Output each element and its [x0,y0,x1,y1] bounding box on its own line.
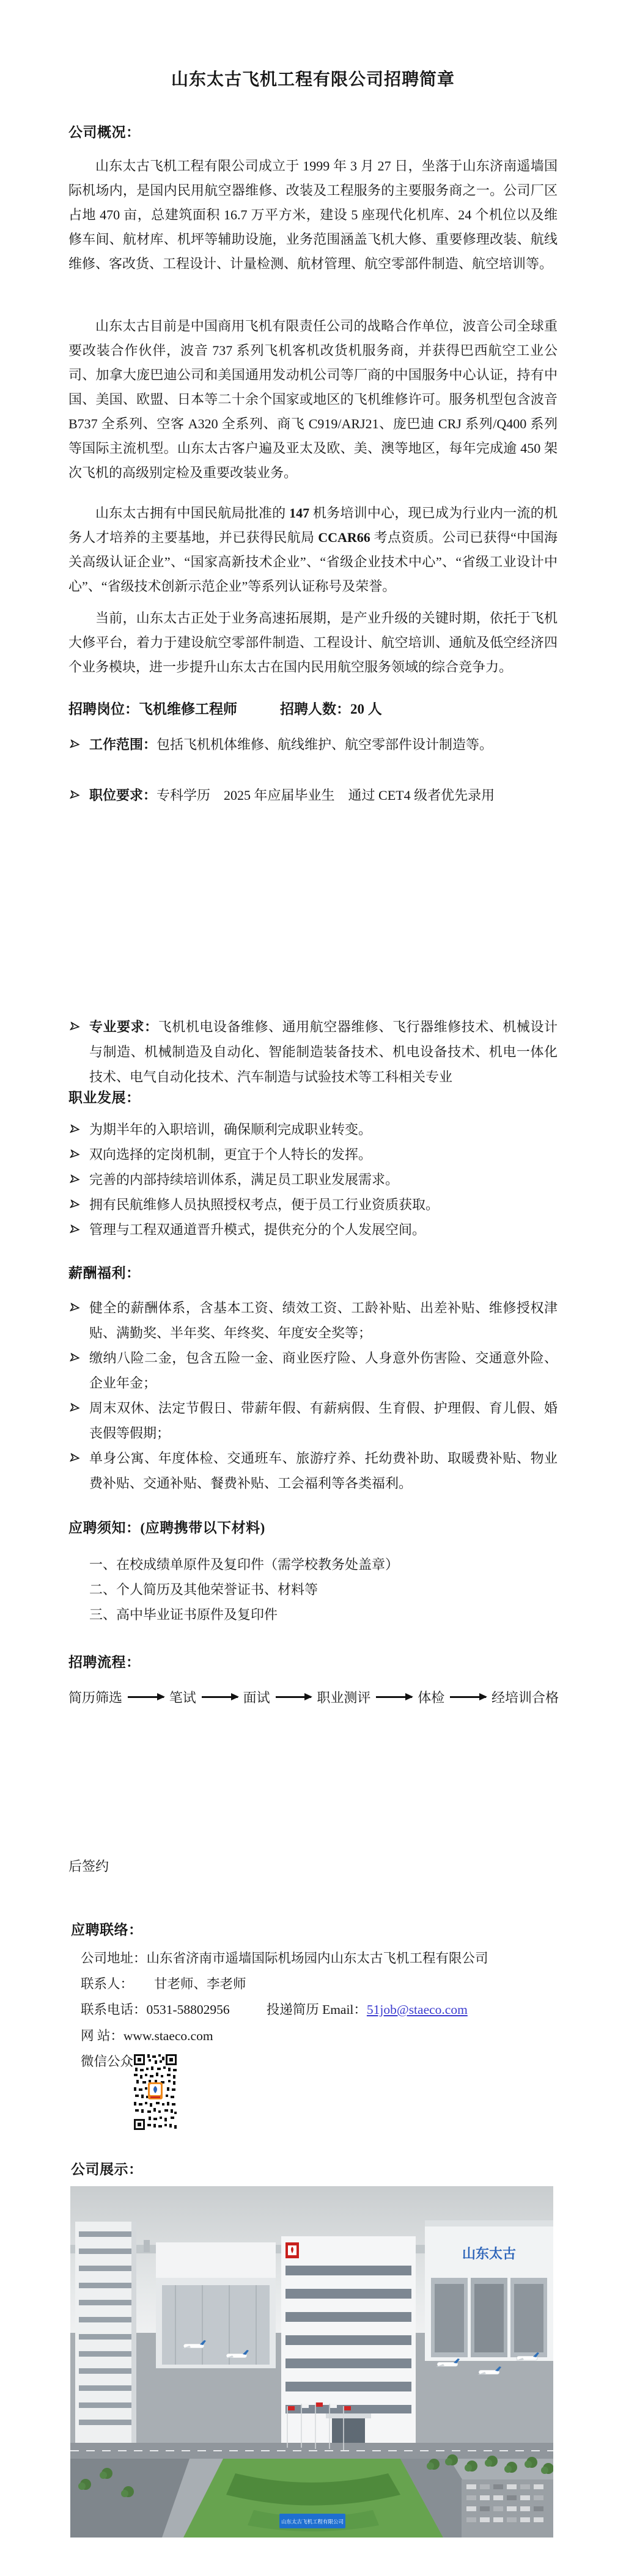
career-item-text: 管理与工程双通道晋升模式，提供充分的个人发展空间。 [89,1222,425,1237]
career-item-text: 完善的内部持续培训体系，满足员工职业发展需求。 [89,1172,399,1187]
recruitment-flow: 简历筛选 笔试 面试 职业测评 体检 经培训合格 [68,1688,559,1707]
flow-arrow-icon [128,1696,164,1698]
job-headcount: 招聘人数：20 人 [280,698,382,718]
section-heading-notice: 应聘须知：(应聘携带以下材料) [68,1517,265,1537]
career-item: 拥有民航维修人员执照授权考点，便于员工行业资质获取。 [68,1192,558,1217]
career-list: 为期半年的入职培训，确保顺利完成职业转变。 双向选择的定岗机制，更宜于个人特长的… [68,1117,558,1242]
career-item-text: 为期半年的入职培训，确保顺利完成职业转变。 [89,1122,372,1137]
section-heading-contact: 应聘联络： [71,1919,143,1939]
job-position-line: 招聘岗位：飞机维修工程师 招聘人数：20 人 [68,698,382,718]
contact-website-label: 网 站： [81,2029,123,2043]
photo-left-hangar [156,2242,276,2368]
arrow-bullet-icon [70,1402,81,1413]
flow-suffix: 后签约 [68,1856,109,1875]
page-title: 山东太古飞机工程有限公司招聘简章 [0,66,626,90]
wechat-qr-code [133,2053,178,2131]
benefits-item: 健全的薪酬体系，含基本工资、绩效工资、工龄补贴、出差补贴、维修授权津贴、满勤奖、… [68,1295,558,1345]
overview-paragraph-1: 山东太古飞机工程有限公司成立于 1999 年 3 月 27 日，坐落于山东济南遥… [68,154,558,276]
section-heading-career: 职业发展： [68,1086,141,1107]
flow-arrow-icon [450,1696,486,1698]
flow-arrow-icon [202,1696,238,1698]
contact-address-row: 公司地址：山东省济南市遥墙国际机场园内山东太古飞机工程有限公司 [81,1948,488,1967]
arrow-bullet-icon [70,1452,81,1463]
bullet-label: 工作范围： [89,737,156,752]
contact-phone-label: 联系电话： [81,2002,147,2017]
arrow-bullet-icon [70,789,81,800]
bullet-text: 专科学历 2025 年应届毕业生 通过 CET4 级者优先录用 [156,788,495,803]
arrow-bullet-icon [70,1224,81,1235]
career-item: 双向选择的定岗机制，更宜于个人特长的发挥。 [68,1142,558,1167]
job-headcount-value: 20 人 [350,701,382,717]
hangar-sign-text: 山东太古 [462,2246,516,2261]
overview-paragraph-4: 当前，山东太古正处于业务高速拓展期，是产业升级的关键时期，依托于飞机大修平台，着… [68,606,558,679]
job-position-value: 飞机维修工程师 [139,701,237,717]
overview-paragraph-2: 山东太古目前是中国商用飞机有限责任公司的战略合作单位，波音公司全球重要改装合作伙… [68,314,558,485]
career-item: 管理与工程双通道晋升模式，提供充分的个人发展空间。 [68,1217,558,1242]
flow-step: 职业测评 [317,1688,370,1707]
arrow-bullet-icon [70,1199,81,1210]
job-bullet-scope: 工作范围：包括飞机机体维修、航线维护、航空零部件设计制造等。 [68,732,558,757]
arrow-bullet-icon [70,1352,81,1363]
notice-list: 一、在校成绩单原件及复印件（需学校教务处盖章） 二、个人简历及其他荣誉证书、材料… [68,1552,554,1627]
company-campus-photo: 山东太古 [70,2186,553,2538]
benefits-item-text: 周末双休、法定节假日、带薪年假、有薪病假、生育假、护理假、育儿假、婚丧假等假期； [89,1400,558,1441]
notice-item: 三、高中毕业证书原件及复印件 [68,1602,554,1627]
highlight-147: 147 [289,505,309,521]
career-item-text: 拥有民航维修人员执照授权考点，便于员工行业资质获取。 [89,1197,439,1212]
bullet-text: 包括飞机机体维修、航线维护、航空零部件设计制造等。 [156,737,493,752]
contact-email-label: 投递简历 Email： [267,2002,367,2017]
flow-step: 经培训合格 [492,1688,559,1707]
photo-right-hangar: 山东太古 [425,2220,553,2361]
benefits-item: 周末双休、法定节假日、带薪年假、有薪病假、生育假、护理假、育儿假、婚丧假等假期； [68,1396,558,1446]
overview-paragraph-3: 山东太古拥有中国民航局批准的 147 机务培训中心，现已成为行业内一流的机务人才… [68,501,558,599]
benefits-item-text: 健全的薪酬体系，含基本工资、绩效工资、工龄补贴、出差补贴、维修授权津贴、满勤奖、… [89,1300,558,1341]
benefits-item: 缴纳八险二金，包含五险一金、商业医疗险、人身意外伤害险、交通意外险、企业年金； [68,1345,558,1396]
arrow-bullet-icon [70,739,81,750]
photo-entrance-sign: 山东太古飞机工程有限公司 [279,2514,345,2528]
contact-person-row: 联系人：甘老师、李老师 [81,1974,246,1992]
paragraph-3-text: 山东太古拥有中国民航局批准的 [95,505,289,521]
arrow-bullet-icon [70,1149,81,1160]
photo-left-tower [75,2222,136,2449]
section-heading-benefits: 薪酬福利： [68,1262,141,1282]
arrow-bullet-icon [70,1302,81,1313]
contact-address-label: 公司地址： [81,1951,147,1966]
arrow-bullet-icon [70,1174,81,1185]
section-heading-overview: 公司概况： [68,121,141,141]
bullet-label: 专业要求： [89,1019,158,1034]
contact-person-label: 联系人： [81,1977,133,1991]
contact-phone-value: 0531-58802956 [147,2002,230,2017]
flow-arrow-icon [276,1696,312,1698]
benefits-item-text: 缴纳八险二金，包含五险一金、商业医疗险、人身意外伤害险、交通意外险、企业年金； [89,1350,558,1391]
notice-item: 一、在校成绩单原件及复印件（需学校教务处盖章） [68,1552,554,1577]
contact-address-value: 山东省济南市遥墙国际机场园内山东太古飞机工程有限公司 [147,1951,488,1966]
email-link[interactable]: 51job@staeco.com [367,2002,468,2017]
arrow-bullet-icon [70,1021,81,1032]
benefits-item: 单身公寓、年度体检、交通班车、旅游疗养、托幼费补助、取暖费补贴、物业费补贴、交通… [68,1446,558,1496]
job-headcount-label: 招聘人数： [280,701,350,717]
notice-item: 二、个人简历及其他荣誉证书、材料等 [68,1577,554,1602]
benefits-item-text: 单身公寓、年度体检、交通班车、旅游疗养、托幼费补助、取暖费补贴、物业费补贴、交通… [89,1451,558,1491]
flow-step: 笔试 [169,1688,196,1707]
contact-website-row: 网 站：www.staeco.com [81,2025,213,2044]
bullet-text: 飞机机电设备维修、通用航空器维修、飞行器维修技术、机械设计与制造、机械制造及自动… [89,1019,558,1085]
flow-arrow-icon [376,1696,412,1698]
job-position: 招聘岗位：飞机维修工程师 [68,698,237,718]
bullet-label: 职位要求： [89,788,156,803]
flow-step: 体检 [418,1688,444,1707]
contact-phone-row: 联系电话：0531-58802956投递简历 Email：51job@staec… [81,1999,468,2018]
contact-website-value: www.staeco.com [123,2029,213,2043]
section-heading-process: 招聘流程： [68,1651,141,1671]
benefits-list: 健全的薪酬体系，含基本工资、绩效工资、工龄补贴、出差补贴、维修授权津贴、满勤奖、… [68,1295,558,1496]
section-heading-showcase: 公司展示： [71,2158,143,2178]
highlight-ccar66: CCAR66 [318,530,370,545]
job-bullet-requirements: 职位要求：专科学历 2025 年应届毕业生 通过 CET4 级者优先录用 [68,783,558,808]
entrance-sign-text: 山东太古飞机工程有限公司 [281,2519,344,2525]
job-bullet-majors: 专业要求：飞机机电设备维修、通用航空器维修、飞行器维修技术、机械设计与制造、机械… [68,1014,558,1089]
flow-step: 面试 [243,1688,270,1707]
job-position-label: 招聘岗位： [68,701,139,717]
career-item-text: 双向选择的定岗机制，更宜于个人特长的发挥。 [89,1147,372,1162]
photo-parking-lot [462,2479,553,2538]
contact-person-value: 甘老师、李老师 [154,1977,246,1991]
career-item: 为期半年的入职培训，确保顺利完成职业转变。 [68,1117,558,1142]
arrow-bullet-icon [70,1124,81,1135]
document-page: 山东太古飞机工程有限公司招聘简章 公司概况： 山东太古飞机工程有限公司成立于 1… [0,0,626,2576]
flow-step: 简历筛选 [68,1688,122,1707]
career-item: 完善的内部持续培训体系，满足员工职业发展需求。 [68,1167,558,1192]
